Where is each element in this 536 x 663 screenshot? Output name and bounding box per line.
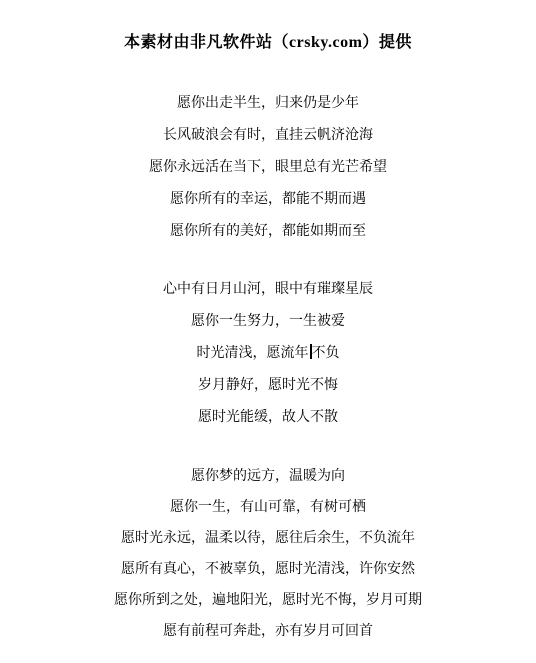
stanza-2: 心中有日月山河，眼中有璀璨星辰 愿你一生努力，一生被爱 时光清浅，愿流年不负 岁… — [0, 273, 536, 433]
text-document-page[interactable]: 本素材由非凡软件站（crsky.com）提供 愿你出走半生，归来仍是少年 长风破… — [0, 0, 536, 663]
poem-line: 愿时光能缓，故人不散 — [0, 401, 536, 433]
poem-line: 岁月静好，愿时光不悔 — [0, 369, 536, 401]
stanza-1: 愿你出走半生，归来仍是少年 长风破浪会有时，直挂云帆济沧海 愿你永远活在当下，眼… — [0, 87, 536, 247]
poem-line: 愿你一生努力，一生被爱 — [0, 305, 536, 337]
poem-line: 愿你永远活在当下，眼里总有光芒希望 — [0, 151, 536, 183]
poem-line: 愿你一生，有山可靠，有树可栖 — [0, 492, 536, 523]
poem-line: 愿你梦的远方，温暖为向 — [0, 461, 536, 492]
poem-line: 愿有前程可奔赴，亦有岁月可回首 — [0, 616, 536, 647]
poem-line: 长风破浪会有时，直挂云帆济沧海 — [0, 119, 536, 151]
poem-line: 愿你所有的美好，都能如期而至 — [0, 215, 536, 247]
caret-line-after: 不负 — [312, 345, 340, 361]
poem-line: 愿时光永远，温柔以待，愿往后余生，不负流年 — [0, 523, 536, 554]
poem-line-with-caret: 时光清浅，愿流年不负 — [0, 337, 536, 369]
poem-line: 心中有日月山河，眼中有璀璨星辰 — [0, 273, 536, 305]
poem-line: 愿你所有的幸运，都能不期而遇 — [0, 183, 536, 215]
caret-line-before: 时光清浅，愿流年 — [197, 345, 309, 361]
poem-line: 愿所有真心，不被辜负，愿时光清浅，许你安然 — [0, 554, 536, 585]
document-title: 本素材由非凡软件站（crsky.com）提供 — [0, 27, 536, 59]
stanza-3: 愿你梦的远方，温暖为向 愿你一生，有山可靠，有树可栖 愿时光永远，温柔以待，愿往… — [0, 461, 536, 647]
poem-line: 愿你出走半生，归来仍是少年 — [0, 87, 536, 119]
poem-line: 愿你所到之处，遍地阳光，愿时光不悔，岁月可期 — [0, 585, 536, 616]
